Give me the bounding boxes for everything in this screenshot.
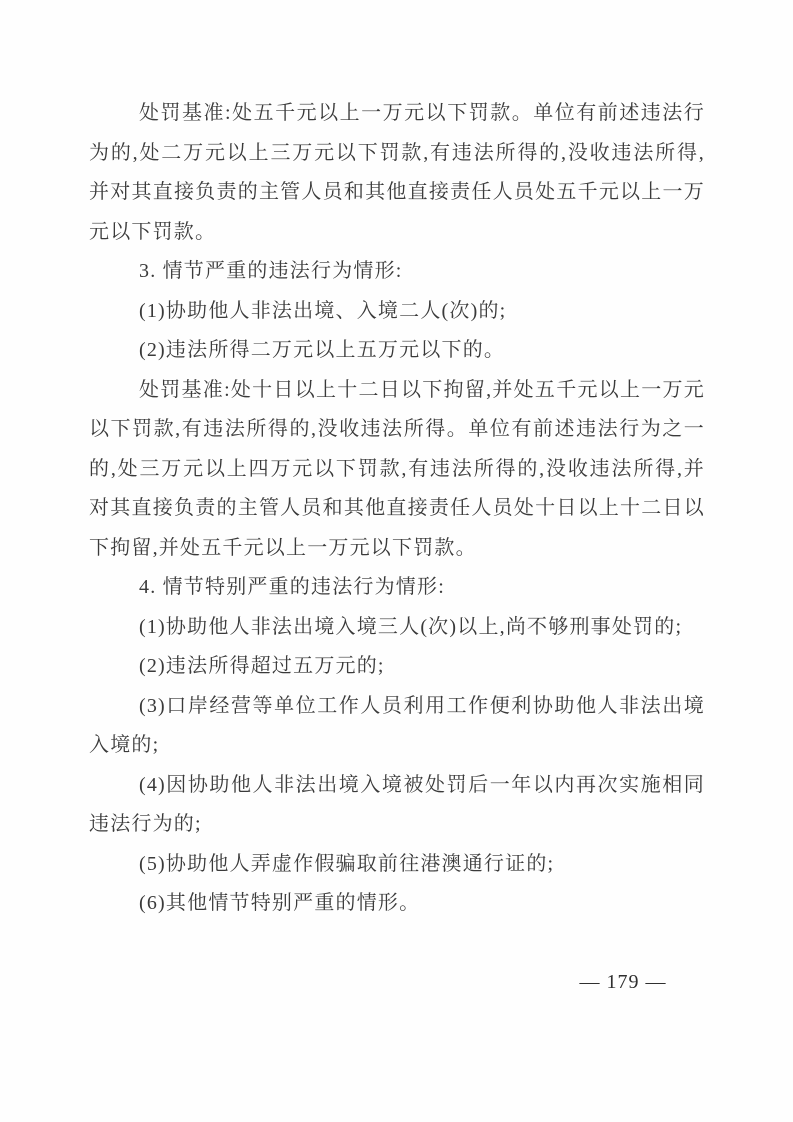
section-3-heading: 3. 情节严重的违法行为情形: [89,252,705,292]
section-4-item-2: (2)违法所得超过五万元的; [89,647,705,687]
section-4-heading: 4. 情节特别严重的违法行为情形: [89,568,705,608]
section-3-item-2: (2)违法所得二万元以上五万元以下的。 [89,331,705,371]
section-4-item-3: (3)口岸经营等单位工作人员利用工作便利协助他人非法出境入境的; [89,687,705,766]
section-4-item-5: (5)协助他人弄虚作假骗取前往港澳通行证的; [89,845,705,885]
section-4-item-1: (1)协助他人非法出境入境三人(次)以上,尚不够刑事处罚的; [89,608,705,648]
document-body: 处罚基准:处五千元以上一万元以下罚款。单位有前述违法行为的,处二万元以上三万元以… [89,94,705,924]
section-4-item-4: (4)因协助他人非法出境入境被处罚后一年以内再次实施相同违法行为的; [89,766,705,845]
document-page: 处罚基准:处五千元以上一万元以下罚款。单位有前述违法行为的,处二万元以上三万元以… [0,0,793,1122]
section-4-item-6: (6)其他情节特别严重的情形。 [89,884,705,924]
page-number: — 179 — [578,971,668,994]
penalty-basis-paragraph-2: 处罚基准:处十日以上十二日以下拘留,并处五千元以上一万元以下罚款,有违法所得的,… [89,371,705,569]
penalty-basis-paragraph-1: 处罚基准:处五千元以上一万元以下罚款。单位有前述违法行为的,处二万元以上三万元以… [89,94,705,252]
section-3-item-1: (1)协助他人非法出境、入境二人(次)的; [89,292,705,332]
